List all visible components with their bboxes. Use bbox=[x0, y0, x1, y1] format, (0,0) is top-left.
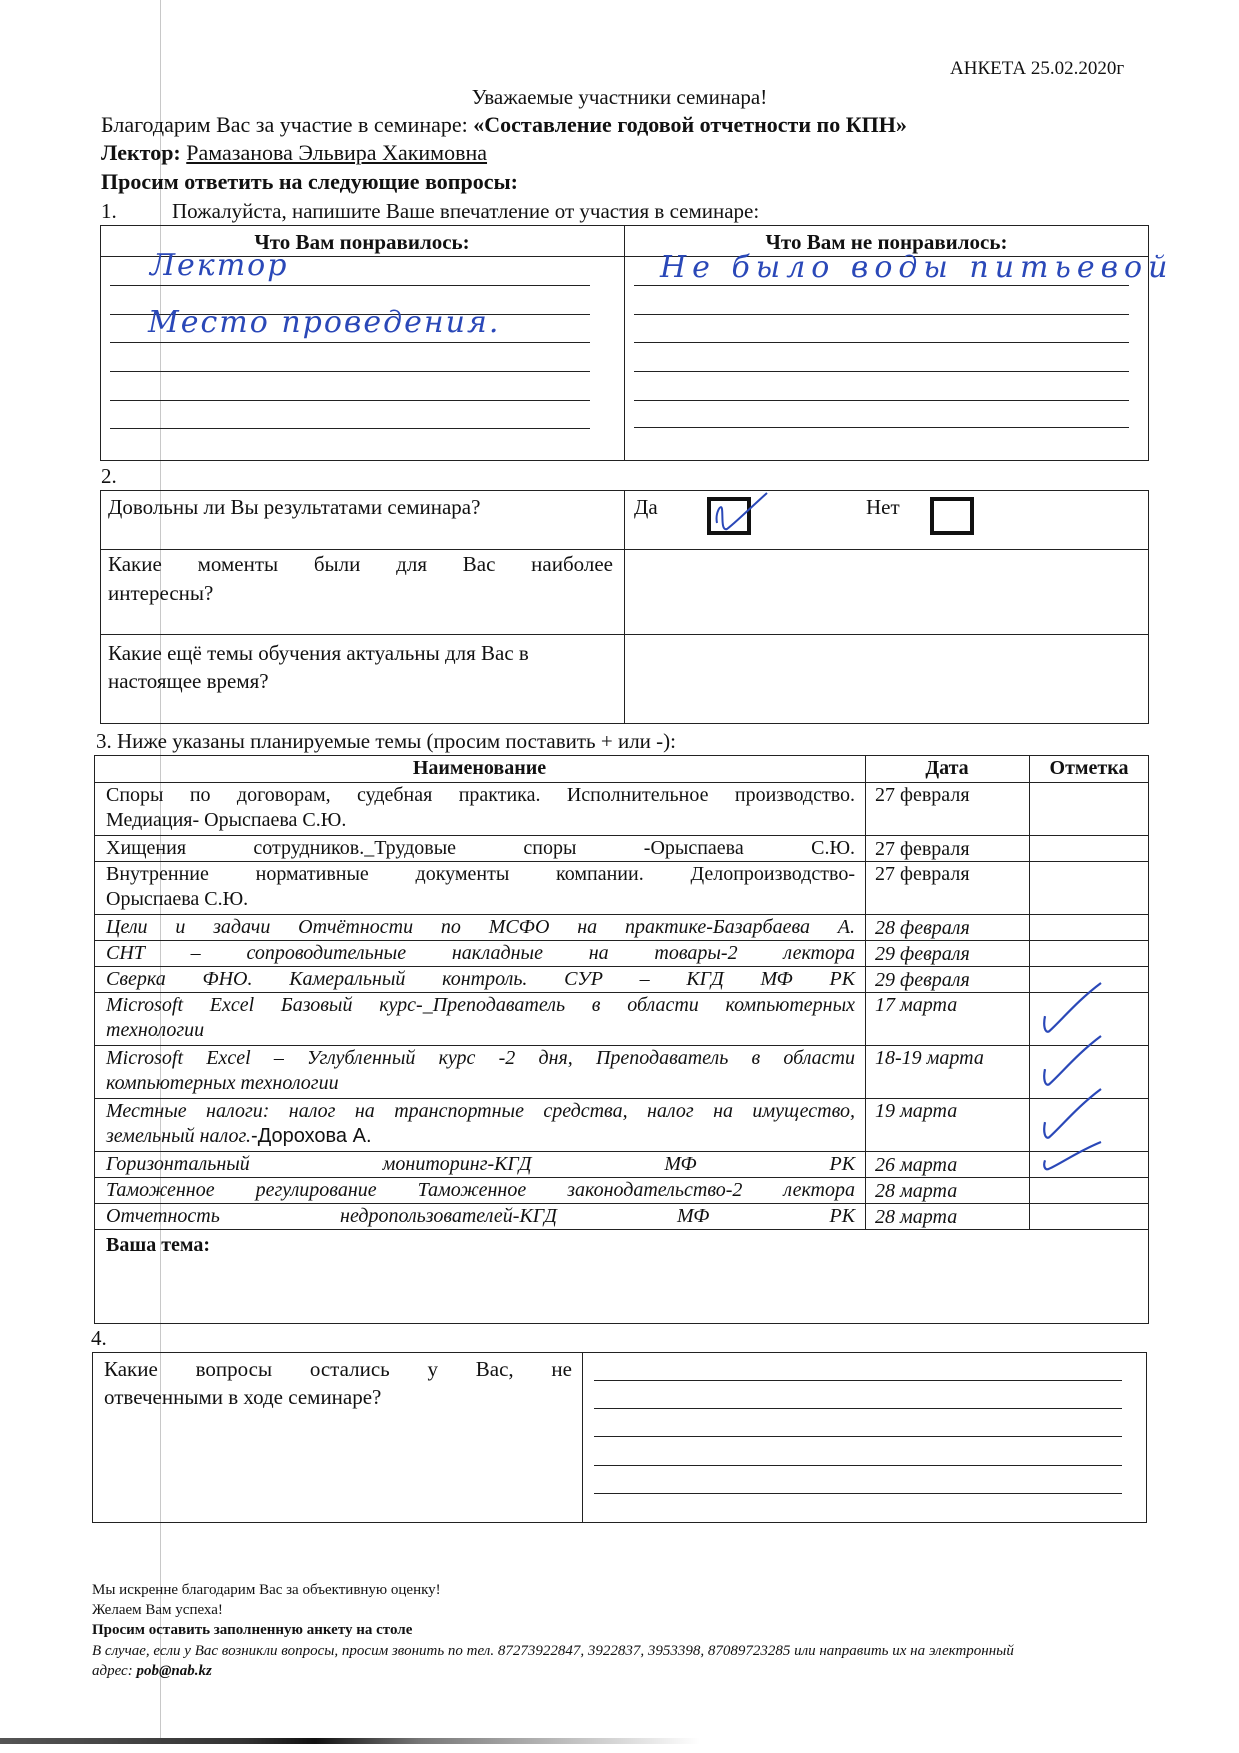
table-row-date: 29 февраля bbox=[875, 942, 970, 967]
disliked-answer[interactable]: Не было воды питьевой bbox=[660, 250, 1173, 285]
table-row-date: 29 февраля bbox=[875, 968, 970, 993]
footer-leave-form: Просим оставить заполненную анкету на ст… bbox=[92, 1620, 412, 1640]
table-row-date: 17 марта bbox=[875, 993, 957, 1018]
q4-column-divider bbox=[582, 1352, 583, 1523]
date-column-divider bbox=[865, 755, 866, 1229]
topic-line1: Сверка ФНО. Камеральный контроль. СУР – … bbox=[106, 968, 855, 990]
table-row-date: 28 марта bbox=[875, 1179, 957, 1204]
q1-number: 1. bbox=[101, 198, 117, 224]
table-row-topic-line2: Медиация- Орыспаева С.Ю. bbox=[106, 808, 346, 833]
topics-question-line2: настоящее время? bbox=[108, 668, 269, 694]
table-row-mark-cell[interactable] bbox=[1031, 1152, 1147, 1176]
table-row-divider bbox=[94, 1229, 1149, 1230]
table-row-mark-cell[interactable] bbox=[1031, 915, 1147, 939]
topic-line2: компьютерных технологии bbox=[106, 1072, 339, 1094]
disliked-line bbox=[634, 371, 1129, 372]
topic-line1: Таможенное регулирование Таможенное зако… bbox=[106, 1179, 855, 1201]
topic-line1: Цели и задачи Отчётности по МСФО на прак… bbox=[106, 916, 855, 938]
interesting-answer-field[interactable] bbox=[626, 551, 1147, 632]
topic-line2: Медиация- Орыспаева С.Ю. bbox=[106, 809, 346, 831]
liked-answer[interactable]: Лектор bbox=[150, 248, 288, 283]
table-row-date: 18-19 марта bbox=[875, 1046, 984, 1071]
table-row-topic: Цели и задачи Отчётности по МСФО на прак… bbox=[106, 915, 855, 940]
lecturer-line: Лектор: Рамазанова Эльвира Хакимовна bbox=[101, 140, 487, 166]
liked-line bbox=[110, 428, 590, 429]
footer-email-line: адрес: pob@nab.kz bbox=[92, 1661, 212, 1681]
table-row-date: 27 февраля bbox=[875, 862, 970, 887]
table-row-date: 26 марта bbox=[875, 1153, 957, 1178]
topic-line1: Отчетность недропользователей-КГД МФ РК bbox=[106, 1205, 855, 1227]
table-row-date: 19 марта bbox=[875, 1099, 957, 1124]
table-row-mark-cell[interactable] bbox=[1031, 862, 1147, 913]
table-row-topic-line2: Орыспаева С.Ю. bbox=[106, 887, 248, 912]
yes-label: Да bbox=[634, 494, 658, 520]
no-checkbox[interactable] bbox=[930, 497, 974, 535]
table-row-date: 28 марта bbox=[875, 1205, 957, 1230]
topic-line1: Microsoft Excel Базовый курс-_Преподават… bbox=[106, 994, 855, 1016]
greeting: Уважаемые участники семинара! bbox=[0, 84, 1239, 110]
satisfied-question: Довольны ли Вы результатами семинара? bbox=[108, 494, 480, 520]
topics-question-line1: Какие ещё темы обучения актуальны для Ва… bbox=[108, 640, 529, 666]
topic-line1: Хищения сотрудников._Трудовые споры -Оры… bbox=[106, 837, 855, 859]
table-row-topic: Microsoft Excel Базовый курс-_Преподават… bbox=[106, 993, 855, 1018]
table-row-topic-line2: земельный налог.-Дорохова А. bbox=[106, 1124, 372, 1149]
interesting-question: Какие моменты были для Вас наиболее bbox=[108, 551, 613, 577]
topic-line2: технологии bbox=[106, 1019, 204, 1041]
footer-contact: В случае, если у Вас возникли вопросы, п… bbox=[92, 1641, 1014, 1661]
table-row-mark-cell[interactable] bbox=[1031, 783, 1147, 834]
table-row-topic: Microsoft Excel – Углубленный курс -2 дн… bbox=[106, 1046, 855, 1071]
q4-question-text: Какие вопросы остались у Вас, не bbox=[104, 1357, 572, 1381]
your-topic-label: Ваша тема: bbox=[106, 1232, 210, 1258]
seminar-line: Благодарим Вас за участие в семинаре: «С… bbox=[101, 112, 907, 138]
footer-wish: Желаем Вам успеха! bbox=[92, 1600, 223, 1620]
liked-line bbox=[110, 285, 590, 286]
mark-column-divider bbox=[1029, 755, 1030, 1229]
lecturer-label: Лектор: bbox=[101, 140, 181, 165]
table-row-topic: Отчетность недропользователей-КГД МФ РК bbox=[106, 1204, 855, 1229]
table-row-topic: СНТ – сопроводительные накладные на това… bbox=[106, 941, 855, 966]
topic-line1: Местные налоги: налог на транспортные ср… bbox=[106, 1100, 855, 1122]
q4-question-line2: отвеченными в ходе семинаре? bbox=[104, 1384, 381, 1410]
q3-intro: 3. Ниже указаны планируемые темы (просим… bbox=[96, 728, 676, 754]
q2-column-divider bbox=[624, 490, 625, 724]
q2-number: 2. bbox=[101, 463, 117, 489]
column-header-date: Дата bbox=[865, 756, 1029, 781]
lecturer-name: Рамазанова Эльвира Хакимовна bbox=[186, 140, 487, 165]
column-header-mark: Отметка bbox=[1029, 756, 1149, 781]
request-heading: Просим ответить на следующие вопросы: bbox=[101, 169, 518, 195]
no-label: Нет bbox=[866, 494, 900, 520]
thanks-prefix: Благодарим Вас за участие в семинаре: bbox=[101, 112, 473, 137]
liked-line bbox=[110, 342, 590, 343]
interesting-question-line2: интересны? bbox=[108, 580, 213, 606]
topic-line1: СНТ – сопроводительные накладные на това… bbox=[106, 942, 855, 964]
disliked-line bbox=[634, 427, 1129, 428]
table-row-mark-cell[interactable] bbox=[1031, 1204, 1147, 1228]
q4-number: 4. bbox=[91, 1325, 107, 1351]
footer-contact-prefix: адрес: bbox=[92, 1663, 136, 1679]
q4-question-line1: Какие вопросы остались у Вас, не bbox=[104, 1356, 572, 1382]
topic-lecturer: -Дорохова А. bbox=[251, 1125, 371, 1147]
topic-line1: Microsoft Excel – Углубленный курс -2 дн… bbox=[106, 1047, 855, 1069]
table-row-topic: Внутренние нормативные документы компани… bbox=[106, 862, 855, 887]
handwritten-check-icon bbox=[1031, 1134, 1151, 1180]
topic-line1: Споры по договорам, судебная практика. И… bbox=[106, 784, 855, 806]
table-row-topic: Хищения сотрудников._Трудовые споры -Оры… bbox=[106, 836, 855, 861]
table-row-topic: Местные налоги: налог на транспортные ср… bbox=[106, 1099, 855, 1124]
column-header-name: Наименование bbox=[94, 756, 865, 781]
liked-line bbox=[110, 371, 590, 372]
seminar-title: «Составление годовой отчетности по КПН» bbox=[473, 112, 907, 137]
disliked-line bbox=[634, 400, 1129, 401]
footer-thanks: Мы искренне благодарим Вас за объективну… bbox=[92, 1580, 441, 1600]
table-row-topic: Горизонтальный мониторинг-КГД МФ РК bbox=[106, 1152, 855, 1177]
liked-line bbox=[110, 400, 590, 401]
table-row-mark-cell[interactable] bbox=[1031, 941, 1147, 965]
table-row-mark-cell[interactable] bbox=[1031, 1178, 1147, 1202]
disliked-line bbox=[634, 342, 1129, 343]
liked-answer[interactable]: Место проведения. bbox=[148, 305, 500, 340]
table-row-topic: Таможенное регулирование Таможенное зако… bbox=[106, 1178, 855, 1203]
table-row-topic: Сверка ФНО. Камеральный контроль. СУР – … bbox=[106, 967, 855, 992]
handwritten-check-icon bbox=[707, 483, 767, 533]
table-row-topic-line2: технологии bbox=[106, 1018, 204, 1043]
form-id: АНКЕТА 25.02.2020г bbox=[950, 56, 1124, 82]
topic-line2: земельный налог. bbox=[106, 1125, 251, 1147]
interesting-question-line1: Какие моменты были для Вас наиболее bbox=[108, 552, 613, 576]
q1-prompt: Пожалуйста, напишите Ваше впечатление от… bbox=[172, 198, 759, 224]
table-row-topic-line2: компьютерных технологии bbox=[106, 1071, 339, 1096]
table-row-topic: Споры по договорам, судебная практика. И… bbox=[106, 783, 855, 808]
topic-line1: Горизонтальный мониторинг-КГД МФ РК bbox=[106, 1153, 855, 1175]
q1-column-divider bbox=[624, 225, 625, 461]
table-row-date: 27 февраля bbox=[875, 837, 970, 862]
disliked-line bbox=[634, 285, 1129, 286]
topic-line1: Внутренние нормативные документы компани… bbox=[106, 863, 855, 885]
table-row-date: 27 февраля bbox=[875, 783, 970, 808]
table-row-date: 28 февраля bbox=[875, 916, 970, 941]
your-topic-field[interactable] bbox=[106, 1259, 1137, 1320]
topics-answer-field[interactable] bbox=[626, 636, 1147, 722]
topic-line2: Орыспаева С.Ю. bbox=[106, 888, 248, 910]
footer-email-link[interactable]: pob@nab.kz bbox=[136, 1663, 211, 1679]
scan-edge-shadow bbox=[0, 1738, 700, 1744]
q4-answer-field[interactable] bbox=[590, 1356, 1130, 1506]
yes-checkbox[interactable] bbox=[707, 497, 751, 535]
disliked-line bbox=[634, 314, 1129, 315]
table-row-mark-cell[interactable] bbox=[1031, 836, 1147, 860]
